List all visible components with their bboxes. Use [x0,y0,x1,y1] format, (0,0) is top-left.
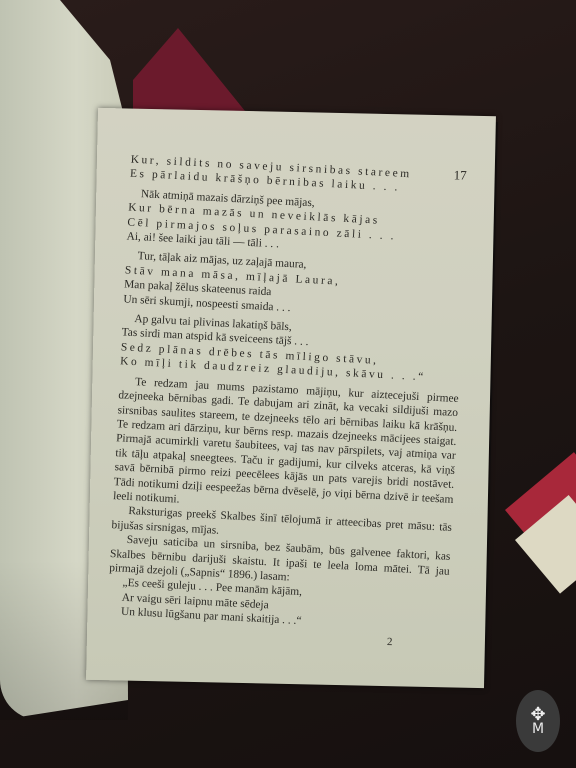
flower-logo-icon: ✥ [530,706,545,722]
background-books [505,420,576,620]
book-page: 17 Kur, sildits no saveju sirsnibas star… [86,108,496,688]
paragraph: Te redzam jau mums pazistamo mājiņu, kur… [113,374,459,521]
stanza-3: Tur, tāļak aiz mājas, uz zaļajā maura, S… [123,249,466,324]
stanza-2: Nāk atmiņā mazais dārziņš pee mājas, Kur… [126,186,469,261]
page-text: Kur, sildits no saveju sirsnibas stareem… [107,153,471,637]
watermark-letter: M [532,722,544,736]
page-number-bottom: 2 [387,636,393,648]
watermark-logo: ✥ M [516,690,560,752]
stanza-4: Ap galvu tai plivinas lakatiņš bāls, Tas… [120,311,463,386]
